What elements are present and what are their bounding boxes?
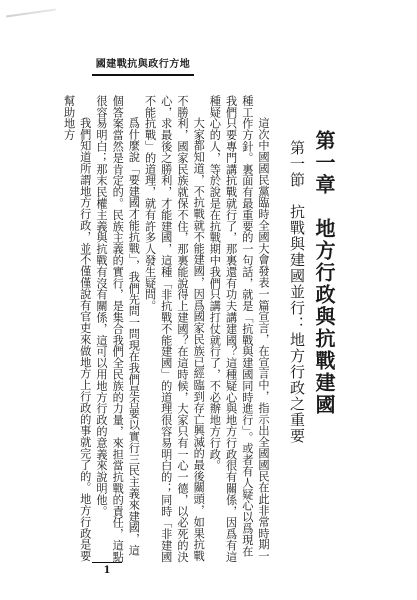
running-head: 地方行政與抗戰建國 xyxy=(92,58,194,76)
page-number: 1 xyxy=(92,562,122,576)
chapter-number: 第一章 xyxy=(312,130,336,196)
section-heading: 第一節 抗戰與建國並行：地方行政之重要 xyxy=(287,140,307,444)
body-text: 這次中國國民黨臨時全國大會發表一篇宣言，在宣言中，指示出全國國民在此非常時期一種… xyxy=(60,95,271,565)
paragraph-1: 這次中國國民黨臨時全國大會發表一篇宣言，在宣言中，指示出全國國民在此非常時期一種… xyxy=(206,95,271,565)
section-gap xyxy=(288,188,306,204)
paragraph-3: 爲什麼說「要建國才能抗戰」，我們先問一問現在我們是否要以實行三民主義來建國，這個… xyxy=(93,95,142,565)
scan-artifact xyxy=(6,9,56,18)
paragraph-4: 我們知道所謂地方行政，並不僅僅說有官吏來做地方上行政的事就完了的。地方行政是要幫… xyxy=(60,95,92,565)
paragraph-2: 大家都知道，不抗戰就不能建國，因爲國家民族已經臨到存亡興滅的最後關頭，如果抗戰不… xyxy=(141,95,206,565)
chapter-gap xyxy=(312,196,336,218)
section-number: 第一節 xyxy=(288,140,306,188)
chapter-heading: 第一章 地方行政與抗戰建國 xyxy=(312,130,336,416)
chapter-title: 地方行政與抗戰建國 xyxy=(312,218,336,416)
section-title: 抗戰與建國並行：地方行政之重要 xyxy=(288,204,306,444)
